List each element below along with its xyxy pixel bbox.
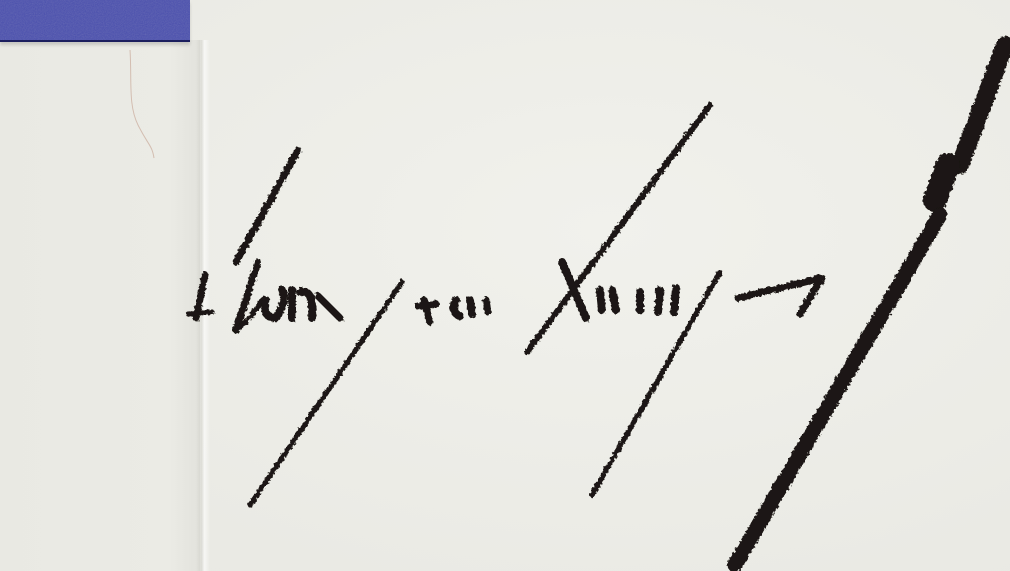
signature-ink bbox=[0, 0, 1010, 571]
